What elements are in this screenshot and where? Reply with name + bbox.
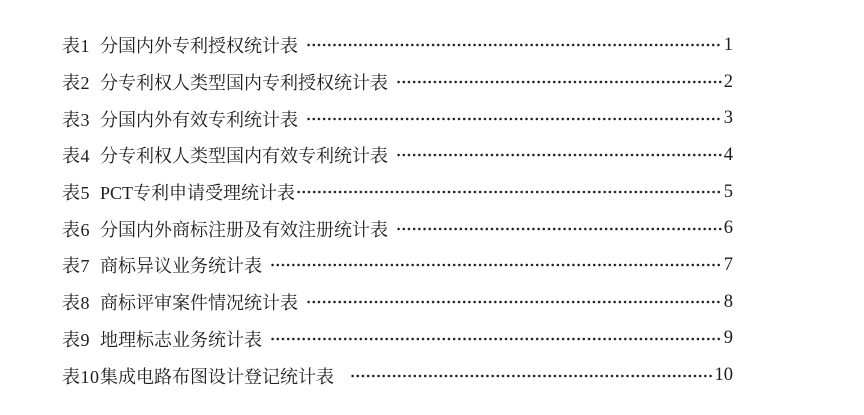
- toc-entry-page: 6: [724, 218, 733, 239]
- toc-leader-dots: [296, 183, 722, 201]
- toc-entry: 表3 分国内外有效专利统计表 3: [62, 100, 733, 137]
- toc-entry-label: 表9: [62, 326, 100, 352]
- toc-entry-page: 5: [724, 182, 733, 203]
- toc-entry-title: 商标异议业务统计表: [100, 252, 262, 278]
- toc-entry-label: 表10: [62, 363, 100, 389]
- toc-entry-title: 商标评审案件情况统计表: [100, 289, 298, 315]
- toc-entry: 表8 商标评审案件情况统计表 8: [62, 284, 733, 321]
- toc-entry-label: 表1: [62, 32, 100, 58]
- toc-entry-page: 2: [724, 72, 733, 93]
- toc-entry-title: 分国内外有效专利统计表: [100, 106, 298, 132]
- toc-entry: 表4 分专利权人类型国内有效专利统计表 4: [62, 137, 733, 174]
- toc-entry: 表7 商标异议业务统计表 7: [62, 247, 733, 284]
- toc-entry-label: 表7: [62, 252, 100, 278]
- toc-entry-page: 8: [724, 292, 733, 313]
- toc-list: 表1 分国内外专利授权统计表 1 表2 分专利权人类型国内专利授权统计表 2 表…: [0, 0, 864, 394]
- toc-entry-label: 表8: [62, 289, 100, 315]
- toc-entry-page: 1: [724, 35, 733, 56]
- toc-entry: 表1 分国内外专利授权统计表 1: [62, 27, 733, 64]
- toc-entry-page: 3: [724, 108, 733, 129]
- toc-leader-dots: [396, 146, 722, 164]
- toc-entry-title: 集成电路布图设计登记统计表: [100, 363, 334, 389]
- toc-entry-title: 分专利权人类型国内有效专利统计表: [100, 142, 388, 168]
- toc-leader-dots: [396, 220, 722, 238]
- toc-entry-page: 10: [715, 365, 734, 386]
- toc-entry-title: 分国内外商标注册及有效注册统计表: [100, 216, 388, 242]
- toc-entry-page: 7: [724, 255, 733, 276]
- toc-leader-dots: [306, 36, 722, 54]
- toc-entry-page: 9: [724, 328, 733, 349]
- toc-entry-label: 表4: [62, 142, 100, 168]
- toc-entry-label: 表5: [62, 179, 100, 205]
- toc-entry-title: 分国内外专利授权统计表: [100, 32, 298, 58]
- toc-entry: 表10 集成电路布图设计登记统计表 10: [62, 357, 733, 394]
- toc-leader-dots: [270, 256, 722, 274]
- toc-entry-page: 4: [724, 145, 733, 166]
- toc-entry-label: 表2: [62, 69, 100, 95]
- toc-entry-label: 表3: [62, 106, 100, 132]
- toc-entry: 表2 分专利权人类型国内专利授权统计表 2: [62, 64, 733, 101]
- toc-leader-dots: [306, 110, 722, 128]
- toc-entry: 表9 地理标志业务统计表 9: [62, 321, 733, 358]
- toc-leader-dots: [270, 330, 722, 348]
- toc-leader-dots: [396, 73, 722, 91]
- toc-entry: 表6 分国内外商标注册及有效注册统计表 6: [62, 210, 733, 247]
- toc-entry-title: 地理标志业务统计表: [100, 326, 262, 352]
- toc-leader-dots: [350, 367, 713, 385]
- toc-entry-title: 分专利权人类型国内专利授权统计表: [100, 69, 388, 95]
- toc-leader-dots: [306, 293, 722, 311]
- toc-entry-label: 表6: [62, 216, 100, 242]
- toc-entry: 表5 PCT专利申请受理统计表 5: [62, 174, 733, 211]
- document-page: 表1 分国内外专利授权统计表 1 表2 分专利权人类型国内专利授权统计表 2 表…: [0, 0, 864, 415]
- toc-entry-title: PCT专利申请受理统计表: [100, 179, 295, 205]
